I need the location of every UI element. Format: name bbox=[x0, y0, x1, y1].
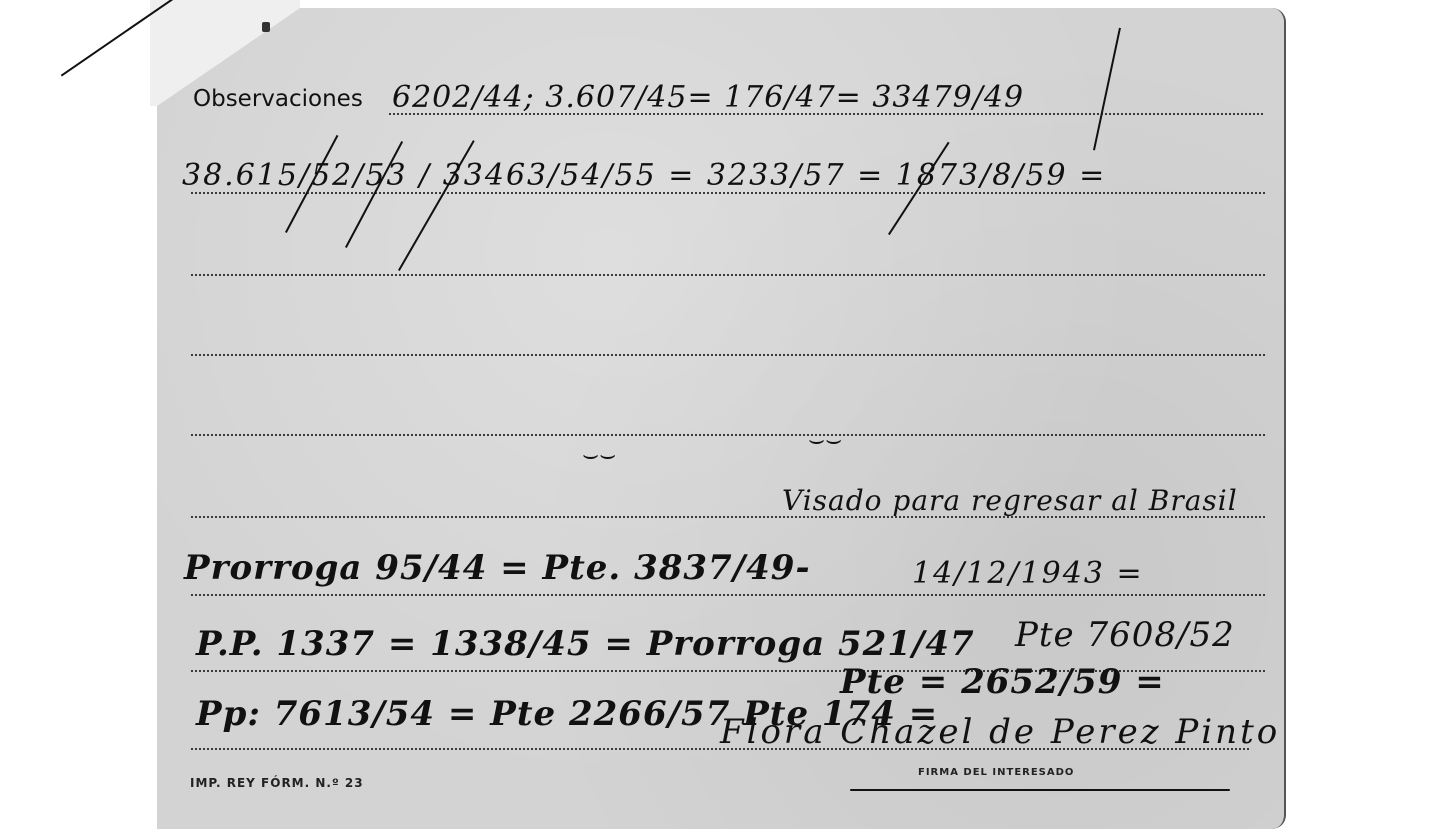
observations-label: Observaciones bbox=[193, 86, 363, 112]
signature-label: FIRMA DEL INTERESADO bbox=[918, 767, 1074, 778]
printer-mark: IMP. REY FÓRM. N.º 23 bbox=[190, 776, 364, 790]
handwritten-line-8a: P.P. 1337 = 1338/45 = Prorroga 521/47 bbox=[196, 624, 975, 664]
handwritten-line-7b: 14/12/1943 = bbox=[912, 556, 1144, 591]
signature: Flora Chazel de Perez Pinto bbox=[720, 712, 1280, 752]
rule-line-3 bbox=[190, 274, 1265, 276]
handwritten-line-7a: Prorroga 95/44 = Pte. 3837/49- bbox=[184, 548, 811, 588]
ink-mark: ⌣⌣ bbox=[582, 440, 616, 471]
handwritten-line-6: Visado para regresar al Brasil bbox=[782, 484, 1238, 517]
signature-line bbox=[850, 789, 1230, 791]
rule-line-5 bbox=[190, 434, 1265, 436]
handwritten-line-8b: Pte 7608/52 bbox=[1015, 615, 1235, 655]
rule-line-4 bbox=[190, 354, 1265, 356]
rule-line-7 bbox=[190, 594, 1265, 596]
handwritten-line-1: 6202/44; 3.607/45= 176/47= 33479/49 bbox=[392, 80, 1024, 115]
handwritten-line-9b: Pte = 2652/59 = bbox=[840, 662, 1165, 702]
ink-mark: ⌣⌣ bbox=[808, 425, 842, 456]
staple-icon bbox=[262, 22, 270, 32]
